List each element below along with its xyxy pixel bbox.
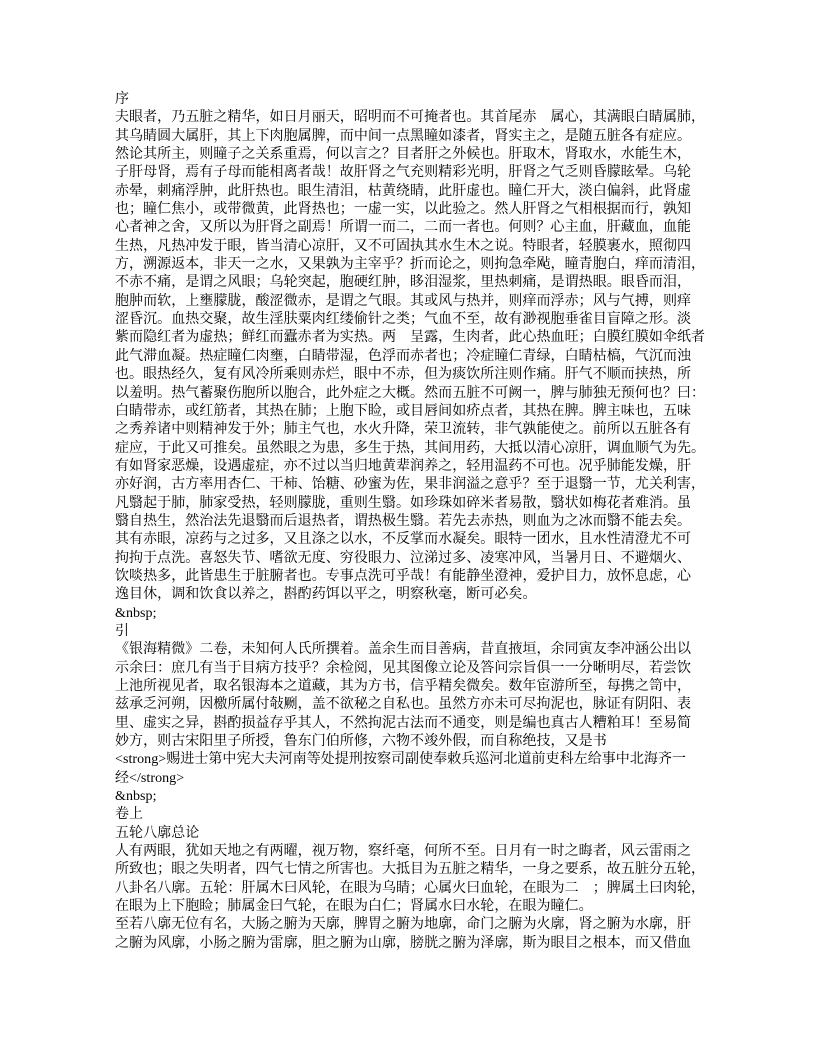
chapter-line: 人有两眼，犹如天地之有两曜，视万物，察纤毫，何所不至。日月有一时之晦者，风云雷雨…	[115, 843, 709, 861]
preface-line: 心者神之舍，又所以为肝肾之副焉！所谓一而二，二而一者也。何则？心主血，肝藏血，血…	[115, 219, 709, 237]
document-text-block: 序夫眼者，乃五脏之精华，如日月丽天，昭明而不可掩者也。其首尾赤 属心，其满眼白睛…	[115, 91, 709, 953]
preface-line: 之秀养诸中则精神发于外；肺主气也，水火升降，荣卫流转，非气孰能使之。前所以五脏各…	[115, 421, 709, 439]
document-page: { "page": { "width": 816, "height": 1056…	[0, 0, 816, 1056]
preface-line: 不赤不痛，是谓之风眼；乌轮突起，胞硬红肿，眵泪湿浆，里热刺痛，是谓热眼。眼昏而泪…	[115, 274, 709, 292]
preface-line: 翳自热生，然治法先退翳而后退热者，谓热极生翳。若先去赤热，则血为之冰而翳不能去矣…	[115, 513, 709, 531]
preface-line: 也；瞳仁焦小，或带微黄，此肾热也；一虚一实，以此验之。然人肝肾之气相根据而行，孰…	[115, 201, 709, 219]
chapter-line: 之腑为风廓，小肠之腑为雷廓，胆之腑为山廓，膀胱之腑为泽廓，斯为眼目之根本，而又借…	[115, 935, 709, 953]
heading-chapter: 五轮八廓总论	[115, 825, 709, 843]
preface-line: 夫眼者，乃五脏之精华，如日月丽天，昭明而不可掩者也。其首尾赤 属心，其满眼白睛属…	[115, 109, 709, 127]
spacer-entity-line: &nbsp;	[115, 605, 709, 623]
preface-line: 胞肿而软，上壅朦胧，酸涩微赤，是谓之气眼。其或风与热并，则痒而浮赤；风与气搏，则…	[115, 293, 709, 311]
preface-line: 涩昏沉。血热交聚，故生淫肤粟肉红缕偷针之类；气血不至，故有渺视胞垂雀目盲障之形。…	[115, 311, 709, 329]
preface-line: 症应，于此又可推矣。虽然眼之为患，多生于热，其间用药，大抵以清心凉肝，调血顺气为…	[115, 440, 709, 458]
preface-line: 饮啖热多，此皆患生于脏腑者也。专事点洗可乎哉！有能静坐澄神，爱护目力，放怀息虑，…	[115, 568, 709, 586]
preface-line: 然论其所主，则瞳子之关系重焉，何以言之？目者肝之外候也。肝取木，肾取水，水能生木…	[115, 146, 709, 164]
chapter-line: 所致也；眼之失明者，四气七情之所害也。大抵目为五脏之精华，一身之要系，故五脏分五…	[115, 861, 709, 879]
heading-introduction: 引	[115, 623, 709, 641]
chapter-line: 至若八廓无位有名，大肠之腑为天廓，脾胃之腑为地廓，命门之腑为火廓，肾之腑为水廓，…	[115, 916, 709, 934]
preface-line: 生热，凡热冲发于眼，皆当清心凉肝，又不可固执其水生木之说。特眼者，轻膜裹水，照彻…	[115, 238, 709, 256]
introduction-line: 示余曰：庶几有当于目病方技乎？余检阅，见其图像立论及答问宗旨俱一一分晰明尽，若尝…	[115, 660, 709, 678]
introduction-line: 兹承乏河朔，因檄所属付敧劂，盖不欲秘之自私也。虽然方亦未可尽拘泥也，脉证有阴阳、…	[115, 696, 709, 714]
preface-line: 紫而隐红者为虚热；鲜红而蠹赤者为实热。两 呈露，生肉者，此心热血旺；白膜红膜如伞…	[115, 329, 709, 347]
preface-line: 白睛带赤，或红筋者，其热在肺；上胞下睑，或目唇间如疥点者，其热在脾。脾主味也，五…	[115, 403, 709, 421]
preface-line: 此气滞血凝。热症瞳仁肉壅，白睛带湿，色浮而赤者也；冷症瞳仁青绿，白睛枯槁，气沉而…	[115, 348, 709, 366]
heading-volume: 卷上	[115, 806, 709, 824]
preface-line: 有如肾家恶燥，设遇虚症，亦不过以当归地黄辈润养之，轻用温药不可也。况乎肺能发燥，…	[115, 458, 709, 476]
introduction-line: 里、虚实之异，斟酌损益存乎其人，不然拘泥古法而不通变，则是编也真古人糟粕耳！至易…	[115, 715, 709, 733]
preface-line: 亦好润，古方率用杏仁、干柿、饴糖、砂蜜为佐，果非润溢之意乎？至于退翳一节，尤关利…	[115, 476, 709, 494]
spacer-entity-line: &nbsp;	[115, 788, 709, 806]
preface-line: 逸目休，调和饮食以养之，斟酌药饵以平之，明察秋毫，断可必矣。	[115, 586, 709, 604]
preface-line: 赤晕，刺痛浮肿，此肝热也。眼生清泪，枯黄绕睛，此肝虚也。瞳仁开大，淡白偏斜，此肾…	[115, 183, 709, 201]
preface-line: 也。眼热经久，复有风冷所乘则赤烂，眼中不赤，但为痰饮所注则作痛。肝气不顺而挟热，…	[115, 366, 709, 384]
heading-preface: 序	[115, 91, 709, 109]
introduction-line: 《银海精微》二卷，未知何人氏所撰着。盖余生而目善病，昔直掖垣，余同寅友李冲涵公出…	[115, 641, 709, 659]
chapter-line: 在眼为上下胞睑；肺属金曰气轮，在眼为白仁；肾属水曰水轮，在眼为瞳仁。	[115, 898, 709, 916]
introduction-line: 妙方，则古宋阳里子所授，鲁东门伯所修，六物不竣外假，而自称绝技，又是书	[115, 733, 709, 751]
chapter-line: 八卦名八廓。五轮：肝属木曰风轮，在眼为乌睛；心属火曰血轮，在眼为二 ；脾属土曰肉…	[115, 880, 709, 898]
preface-line: 以羞明。热气蓄聚伤胞所以胞合，此外症之大概。然而五脏不可阙一，脾与肺独无预何也？…	[115, 385, 709, 403]
preface-line: 其乌睛圆大属肝，其上下肉胞属脾，而中间一点黑瞳如漆者，肾实主之，是随五脏各有症应…	[115, 128, 709, 146]
preface-line: 其有赤眼，凉药与之过多，又且涤之以水，不反掌而水凝矣。眼特一团水，且水性清澄尤不…	[115, 531, 709, 549]
preface-line: 凡翳起于肺，肺家受热，轻则朦胧，重则生翳。如珍珠如碎米者易散，翳状如梅花者难消。…	[115, 495, 709, 513]
strong-tag-line: <strong>赐进士第中宪大夫河南等处提刑按察司副使奉敕兵巡河北道前吏科左给事…	[115, 751, 709, 769]
strong-tag-line: 经</strong>	[115, 770, 709, 788]
preface-line: 方，溯源返本，非天一之水，又果孰为主宰乎？折而论之，则拘急牵飐，瞳青胞白，痒而清…	[115, 256, 709, 274]
preface-line: 子肝母肾，焉有子母而能相离者哉！故肝肾之气充则精彩光明，肝肾之气乏则昏朦眩晕。乌…	[115, 164, 709, 182]
introduction-line: 上池所视见者，取名银海本之道藏，其为方书，信乎精矣微矣。数年宦游所至，每携之笥中…	[115, 678, 709, 696]
preface-line: 拘拘于点洗。喜怒失节、嗜欲无度、穷役眼力、泣涕过多、凌寒冲风，当暑月日、不避烟火…	[115, 550, 709, 568]
